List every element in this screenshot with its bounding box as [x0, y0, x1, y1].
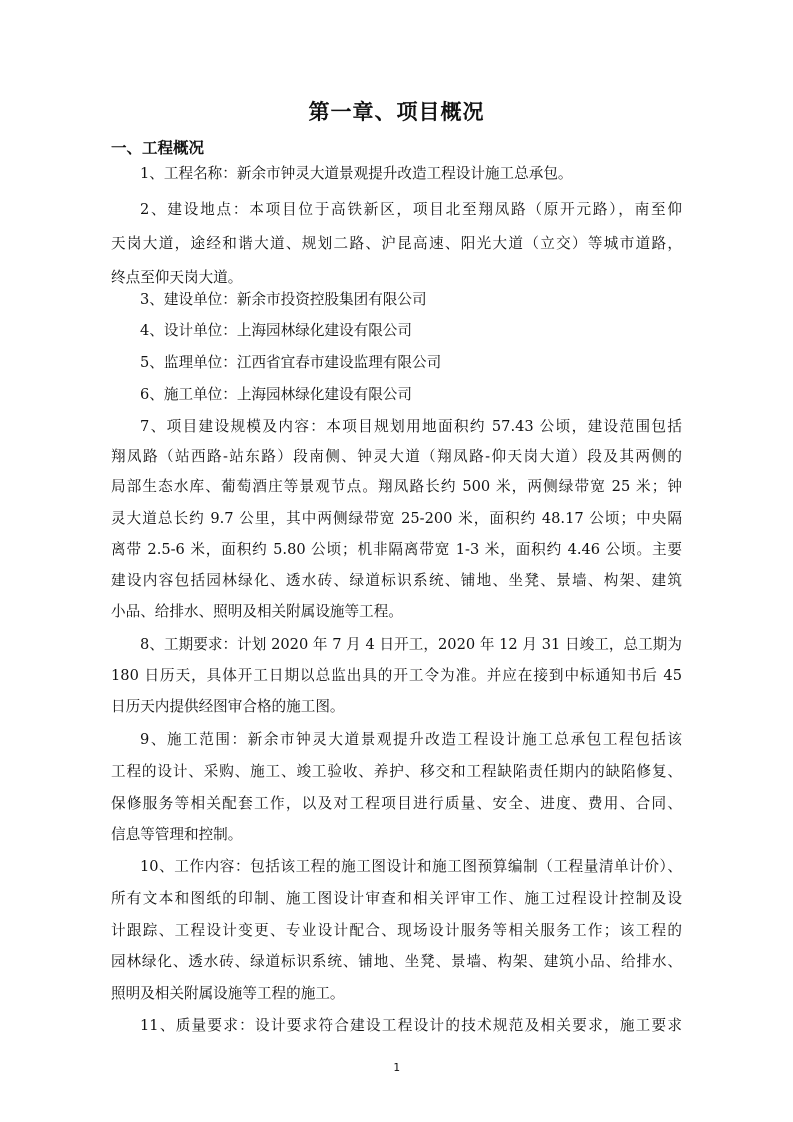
- text-line: 离带 2.5-6 米，面积约 5.80 公顷；机非隔离带宽 1-3 米，面积约 …: [111, 540, 682, 560]
- text-line: 终点至仰天岗大道。: [111, 268, 682, 288]
- text-line: 3、建设单位：新余市投资控股集团有限公司: [140, 290, 682, 310]
- page-number: 1: [0, 1061, 793, 1074]
- text-line: 翔凤路（站西路-站东路）段南侧、钟灵大道（翔凤路-仰天岗大道）段及其两侧的: [111, 447, 682, 467]
- text-line: 建设内容包括园林绿化、透水砖、绿道标识系统、铺地、坐凳、景墙、构架、建筑: [111, 571, 682, 591]
- chapter-title: 第一章、项目概况: [0, 96, 793, 126]
- document-page: 第一章、项目概况 一、工程概况 1、工程名称：新余市钟灵大道景观提升改造工程设计…: [0, 0, 793, 1122]
- text-line: 园林绿化、透水砖、绿道标识系统、铺地、坐凳、景墙、构架、建筑小品、给排水、: [111, 952, 682, 972]
- section-heading: 一、工程概况: [111, 136, 204, 158]
- text-line: 2、建设地点：本项目位于高铁新区，项目北至翔凤路（原开元路），南至仰: [140, 200, 682, 220]
- text-line: 灵大道总长约 9.7 公里，其中两侧绿带宽 25-200 米，面积约 48.17…: [111, 509, 682, 529]
- text-line: 保修服务等相关配套工作，以及对工程项目进行质量、安全、进度、费用、合同、: [111, 794, 682, 814]
- text-line: 天岗大道，途经和谐大道、规划二路、沪昆高速、阳光大道（立交）等城市道路，: [111, 234, 682, 254]
- text-line: 5、监理单位：江西省宜春市建设监理有限公司: [140, 353, 682, 373]
- text-line: 所有文本和图纸的印制、施工图设计审查和相关评审工作、施工过程设计控制及设: [111, 889, 682, 909]
- text-line: 7、项目建设规模及内容：本项目规划用地面积约 57.43 公顷，建设范围包括: [140, 417, 682, 437]
- text-line: 8、工期要求：计划 2020 年 7 月 4 日开工，2020 年 12 月 3…: [140, 635, 682, 655]
- text-line: 小品、给排水、照明及相关附属设施等工程。: [111, 602, 682, 622]
- text-line: 信息等管理和控制。: [111, 825, 682, 845]
- text-line: 6、施工单位：上海园林绿化建设有限公司: [140, 385, 682, 405]
- text-line: 180 日历天，具体开工日期以总监出具的开工令为准。并应在接到中标通知书后 45: [111, 666, 682, 686]
- text-line: 11、质量要求：设计要求符合建设工程设计的技术规范及相关要求，施工要求: [140, 1016, 682, 1036]
- text-line: 4、设计单位：上海园林绿化建设有限公司: [140, 321, 682, 341]
- text-line: 日历天内提供经图审合格的施工图。: [111, 697, 682, 717]
- text-line: 照明及相关附属设施等工程的施工。: [111, 984, 682, 1004]
- text-line: 局部生态水库、葡萄酒庄等景观节点。翔凤路长约 500 米，两侧绿带宽 25 米；…: [111, 477, 682, 497]
- text-line: 9、施工范围：新余市钟灵大道景观提升改造工程设计施工总承包工程包括该: [140, 730, 682, 750]
- text-line: 10、工作内容：包括该工程的施工图设计和施工图预算编制（工程量清单计价）、: [140, 857, 682, 877]
- text-line: 计跟踪、工程设计变更、专业设计配合、现场设计服务等相关服务工作；该工程的: [111, 921, 682, 941]
- text-line: 1、工程名称：新余市钟灵大道景观提升改造工程设计施工总承包。: [140, 164, 682, 184]
- text-line: 工程的设计、采购、施工、竣工验收、养护、移交和工程缺陷责任期内的缺陷修复、: [111, 762, 682, 782]
